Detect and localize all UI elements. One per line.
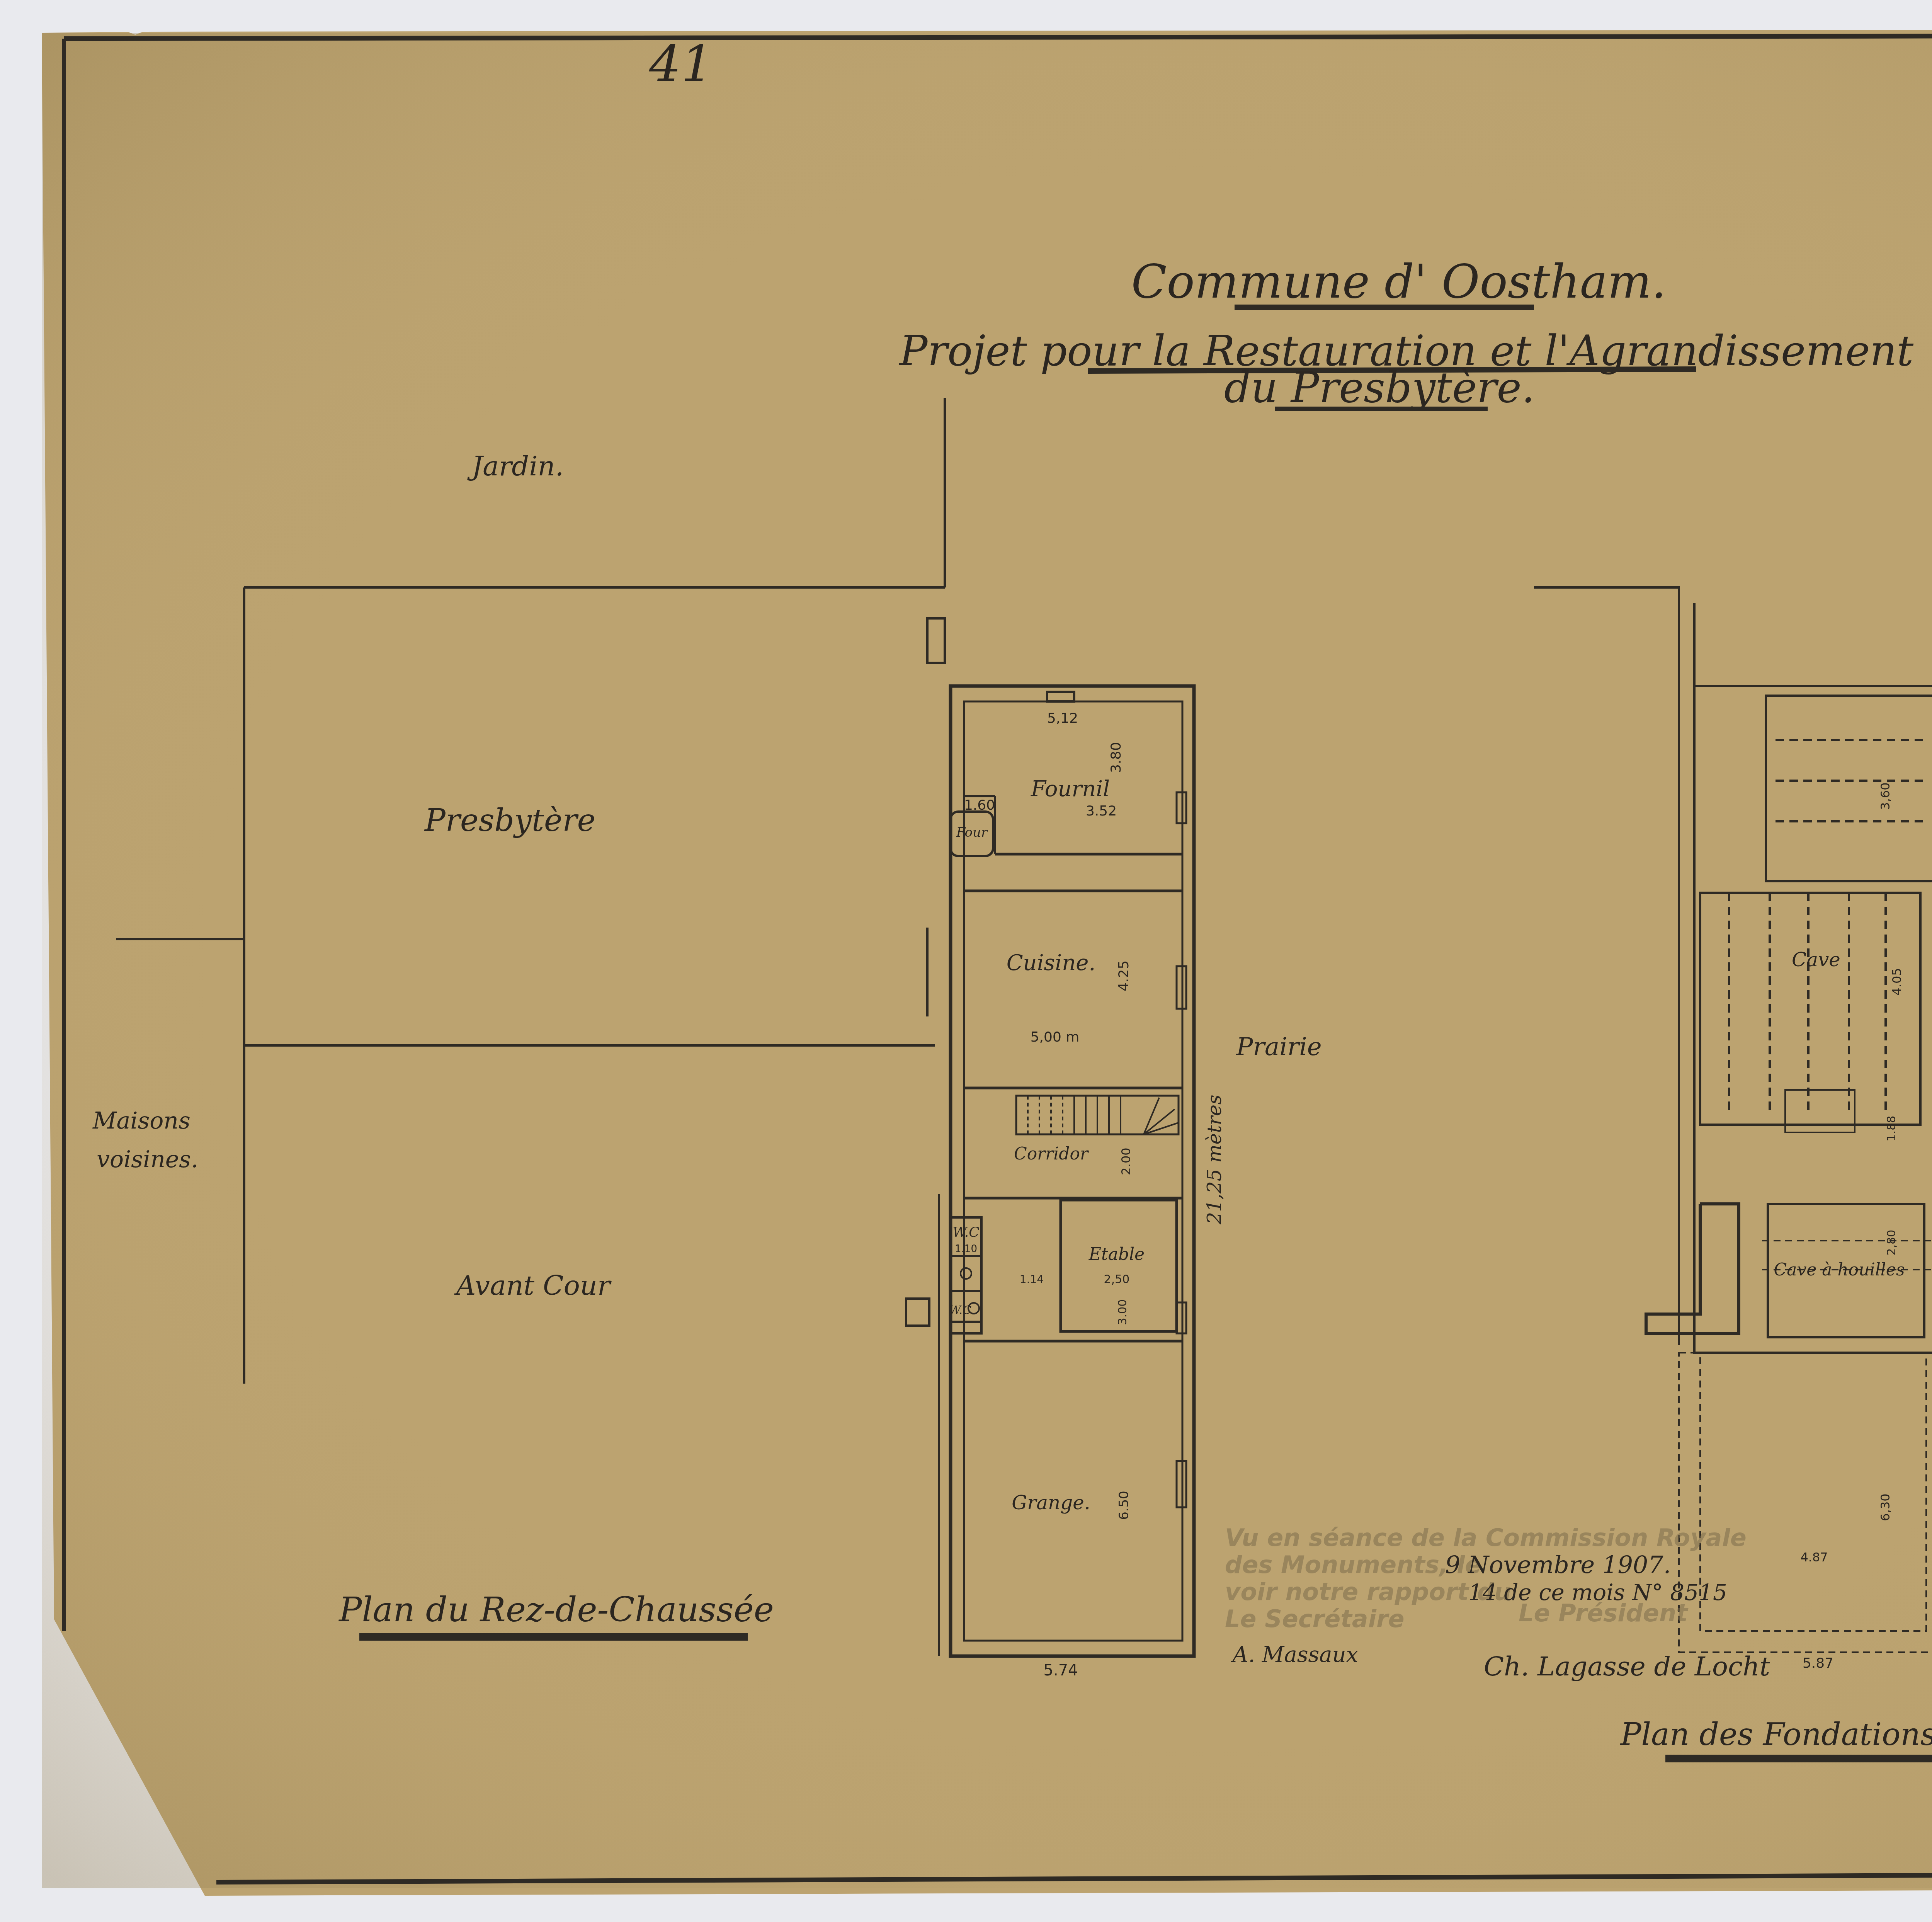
- commune-title: Commune d' Oostham.: [1131, 255, 1667, 309]
- stamp-line2-prefix: des Monuments, le: [1225, 1551, 1481, 1579]
- label-jardin: Jardin.: [467, 450, 564, 482]
- dim-corridor: 2.00: [1119, 1147, 1133, 1175]
- stamp-president-label: Le Président: [1519, 1599, 1689, 1627]
- dim-extension-width: 4.87: [1800, 1550, 1828, 1564]
- room-wc-1: W.C: [952, 1224, 980, 1240]
- dim-stair-cave: 1.88: [1885, 1116, 1898, 1142]
- ground-floor-title: Plan du Rez-de-Chaussée: [338, 1590, 774, 1629]
- dim-cave-depth: 4.05: [1889, 968, 1904, 995]
- architectural-drawing-sheet: 41 Commune d' Oostham. Projet pour la Re…: [0, 0, 1932, 1922]
- dim-cave-upper: 3,60: [1878, 782, 1893, 810]
- room-fournil: Fournil: [1031, 776, 1110, 802]
- room-corridor: Corridor: [1014, 1144, 1089, 1164]
- stamp-line1: Vu en séance de la Commission Royale: [1225, 1524, 1747, 1552]
- room-cave: Cave: [1792, 948, 1840, 971]
- room-cave-houilles: Cave à houilles: [1774, 1260, 1905, 1280]
- approval-stamp: Vu en séance de la Commission Royale des…: [1225, 1524, 1770, 1682]
- dim-etable-depth: 3.00: [1116, 1299, 1129, 1325]
- dim-grange: 6.50: [1116, 1491, 1132, 1520]
- room-grange: Grange.: [1012, 1491, 1090, 1514]
- dim-passage: 1.14: [1020, 1273, 1044, 1286]
- dim-fournil-width: 5,12: [1047, 710, 1078, 726]
- dim-extension-inner: 6,30: [1878, 1493, 1893, 1521]
- room-cuisine: Cuisine.: [1007, 950, 1095, 975]
- dim-fournil-oven: 1.60: [964, 797, 995, 813]
- dim-fournil-height: 3.80: [1108, 742, 1124, 773]
- secretary-signature: A. Massaux: [1231, 1642, 1358, 1667]
- dim-etable-width: 2,50: [1104, 1273, 1130, 1286]
- dim-overall-length: 21,25 mètres: [1203, 1095, 1226, 1224]
- room-wc-2: W.C: [949, 1304, 971, 1317]
- dim-fournil-inner: 3.52: [1086, 803, 1117, 819]
- label-avant-cour: Avant Cour: [454, 1270, 612, 1301]
- stamp-line2-date: 9 Novembre 1907.: [1445, 1551, 1671, 1579]
- label-prairie: Prairie: [1236, 1033, 1321, 1061]
- room-etable: Etable: [1088, 1244, 1145, 1264]
- sheet-number: 41: [649, 34, 713, 93]
- label-voisines: voisines.: [97, 1146, 198, 1173]
- label-maisons: Maisons: [92, 1107, 190, 1134]
- dim-overall-width: 5.87: [1803, 1655, 1833, 1671]
- room-four: Four: [956, 825, 988, 840]
- label-presbytere: Presbytère: [424, 802, 595, 838]
- dim-wc: 1.10: [955, 1243, 977, 1255]
- dim-overall-width: 5.74: [1043, 1662, 1078, 1679]
- foundation-title: Plan des Fondations.: [1620, 1716, 1932, 1752]
- dim-cuisine-depth: 4.25: [1116, 960, 1132, 991]
- dim-cuisine-width: 5,00 m: [1031, 1029, 1080, 1045]
- dim-houilles: 2,80: [1885, 1230, 1898, 1256]
- stamp-secretary-label: Le Secrétaire: [1225, 1605, 1405, 1633]
- president-signature: Ch. Lagasse de Locht: [1484, 1651, 1770, 1682]
- project-title-line2: du Presbytère.: [1224, 364, 1535, 412]
